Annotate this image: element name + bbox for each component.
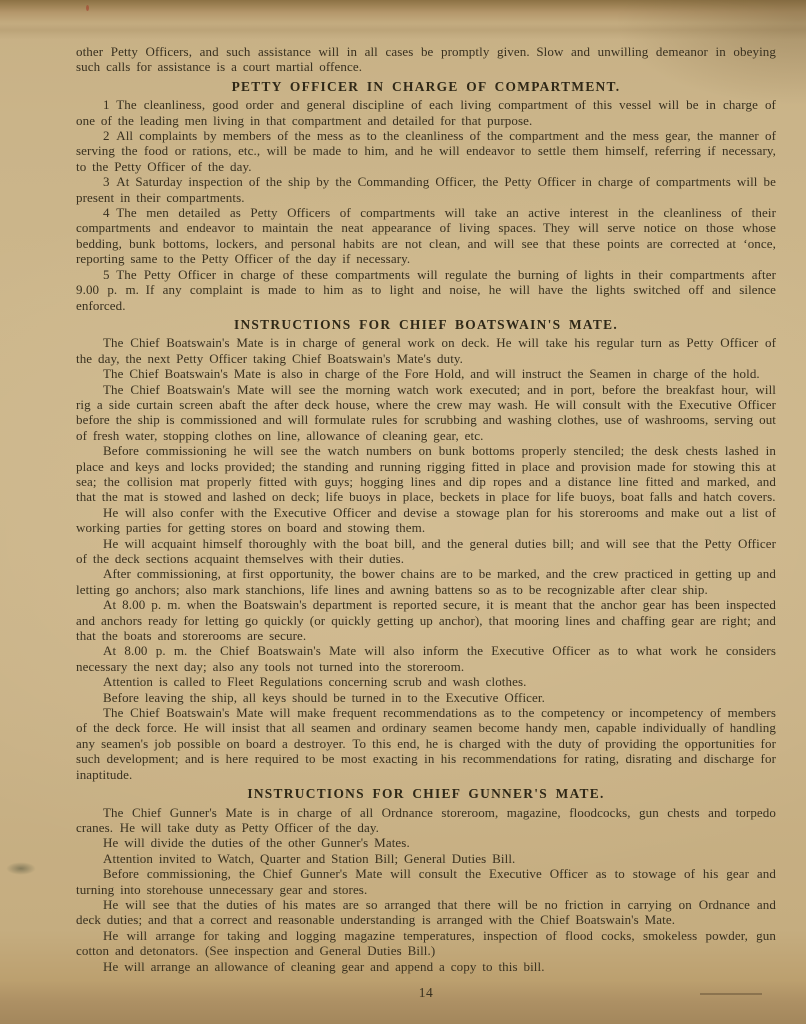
- paragraph: He will divide the duties of the other G…: [76, 835, 776, 850]
- paragraph: Before commissioning he will see the wat…: [76, 443, 776, 505]
- paragraph: The Chief Gunner's Mate is in charge of …: [76, 805, 776, 836]
- paragraph-numbered-2: 2 All complaints by members of the mess …: [76, 128, 776, 174]
- paragraph: The Chief Boatswain's Mate is also in ch…: [76, 366, 776, 381]
- scanned-document-page: other Petty Officers, and such assistanc…: [0, 0, 806, 1024]
- paper-speck: [86, 5, 89, 11]
- paragraph-numbered-3: 3 At Saturday inspection of the ship by …: [76, 174, 776, 205]
- paragraph: The Chief Boatswain's Mate will see the …: [76, 382, 776, 444]
- paragraph: He will acquaint himself thoroughly with…: [76, 536, 776, 567]
- section-heading-petty-officer-in-charge: PETTY OFFICER IN CHARGE OF COMPARTMENT.: [76, 79, 776, 94]
- paragraph-numbered-1: 1 The cleanliness, good order and genera…: [76, 97, 776, 128]
- section-heading-chief-gunners-mate: INSTRUCTIONS FOR CHIEF GUNNER'S MATE.: [76, 786, 776, 801]
- paragraph: At 8.00 p. m. when the Boatswain's depar…: [76, 597, 776, 643]
- paragraph-numbered-5: 5 The Petty Officer in charge of these c…: [76, 267, 776, 313]
- paragraph-numbered-4: 4 The men detailed as Petty Officers of …: [76, 205, 776, 267]
- paragraph: After commissioning, at first opportunit…: [76, 566, 776, 597]
- ink-smudge: [6, 862, 36, 875]
- paragraph: He will also confer with the Executive O…: [76, 505, 776, 536]
- section-heading-chief-boatswains-mate: INSTRUCTIONS FOR CHIEF BOATSWAIN'S MATE.: [76, 317, 776, 332]
- scan-artifact-mark: [700, 993, 762, 995]
- paragraph: He will arrange for taking and logging m…: [76, 928, 776, 959]
- paragraph: At 8.00 p. m. the Chief Boatswain's Mate…: [76, 643, 776, 674]
- paragraph: The Chief Boatswain's Mate is in charge …: [76, 335, 776, 366]
- paragraph: Attention invited to Watch, Quarter and …: [76, 851, 776, 866]
- paragraph: He will see that the duties of his mates…: [76, 897, 776, 928]
- paragraph: Before leaving the ship, all keys should…: [76, 690, 776, 705]
- page-text-column: other Petty Officers, and such assistanc…: [76, 44, 776, 1000]
- continuation-paragraph: other Petty Officers, and such assistanc…: [76, 44, 776, 75]
- page-number: 14: [76, 985, 776, 1000]
- paragraph: Before commissioning, the Chief Gunner's…: [76, 866, 776, 897]
- paragraph: Attention is called to Fleet Regulations…: [76, 674, 776, 689]
- paragraph: He will arrange an allowance of cleaning…: [76, 959, 776, 974]
- paragraph: The Chief Boatswain's Mate will make fre…: [76, 705, 776, 782]
